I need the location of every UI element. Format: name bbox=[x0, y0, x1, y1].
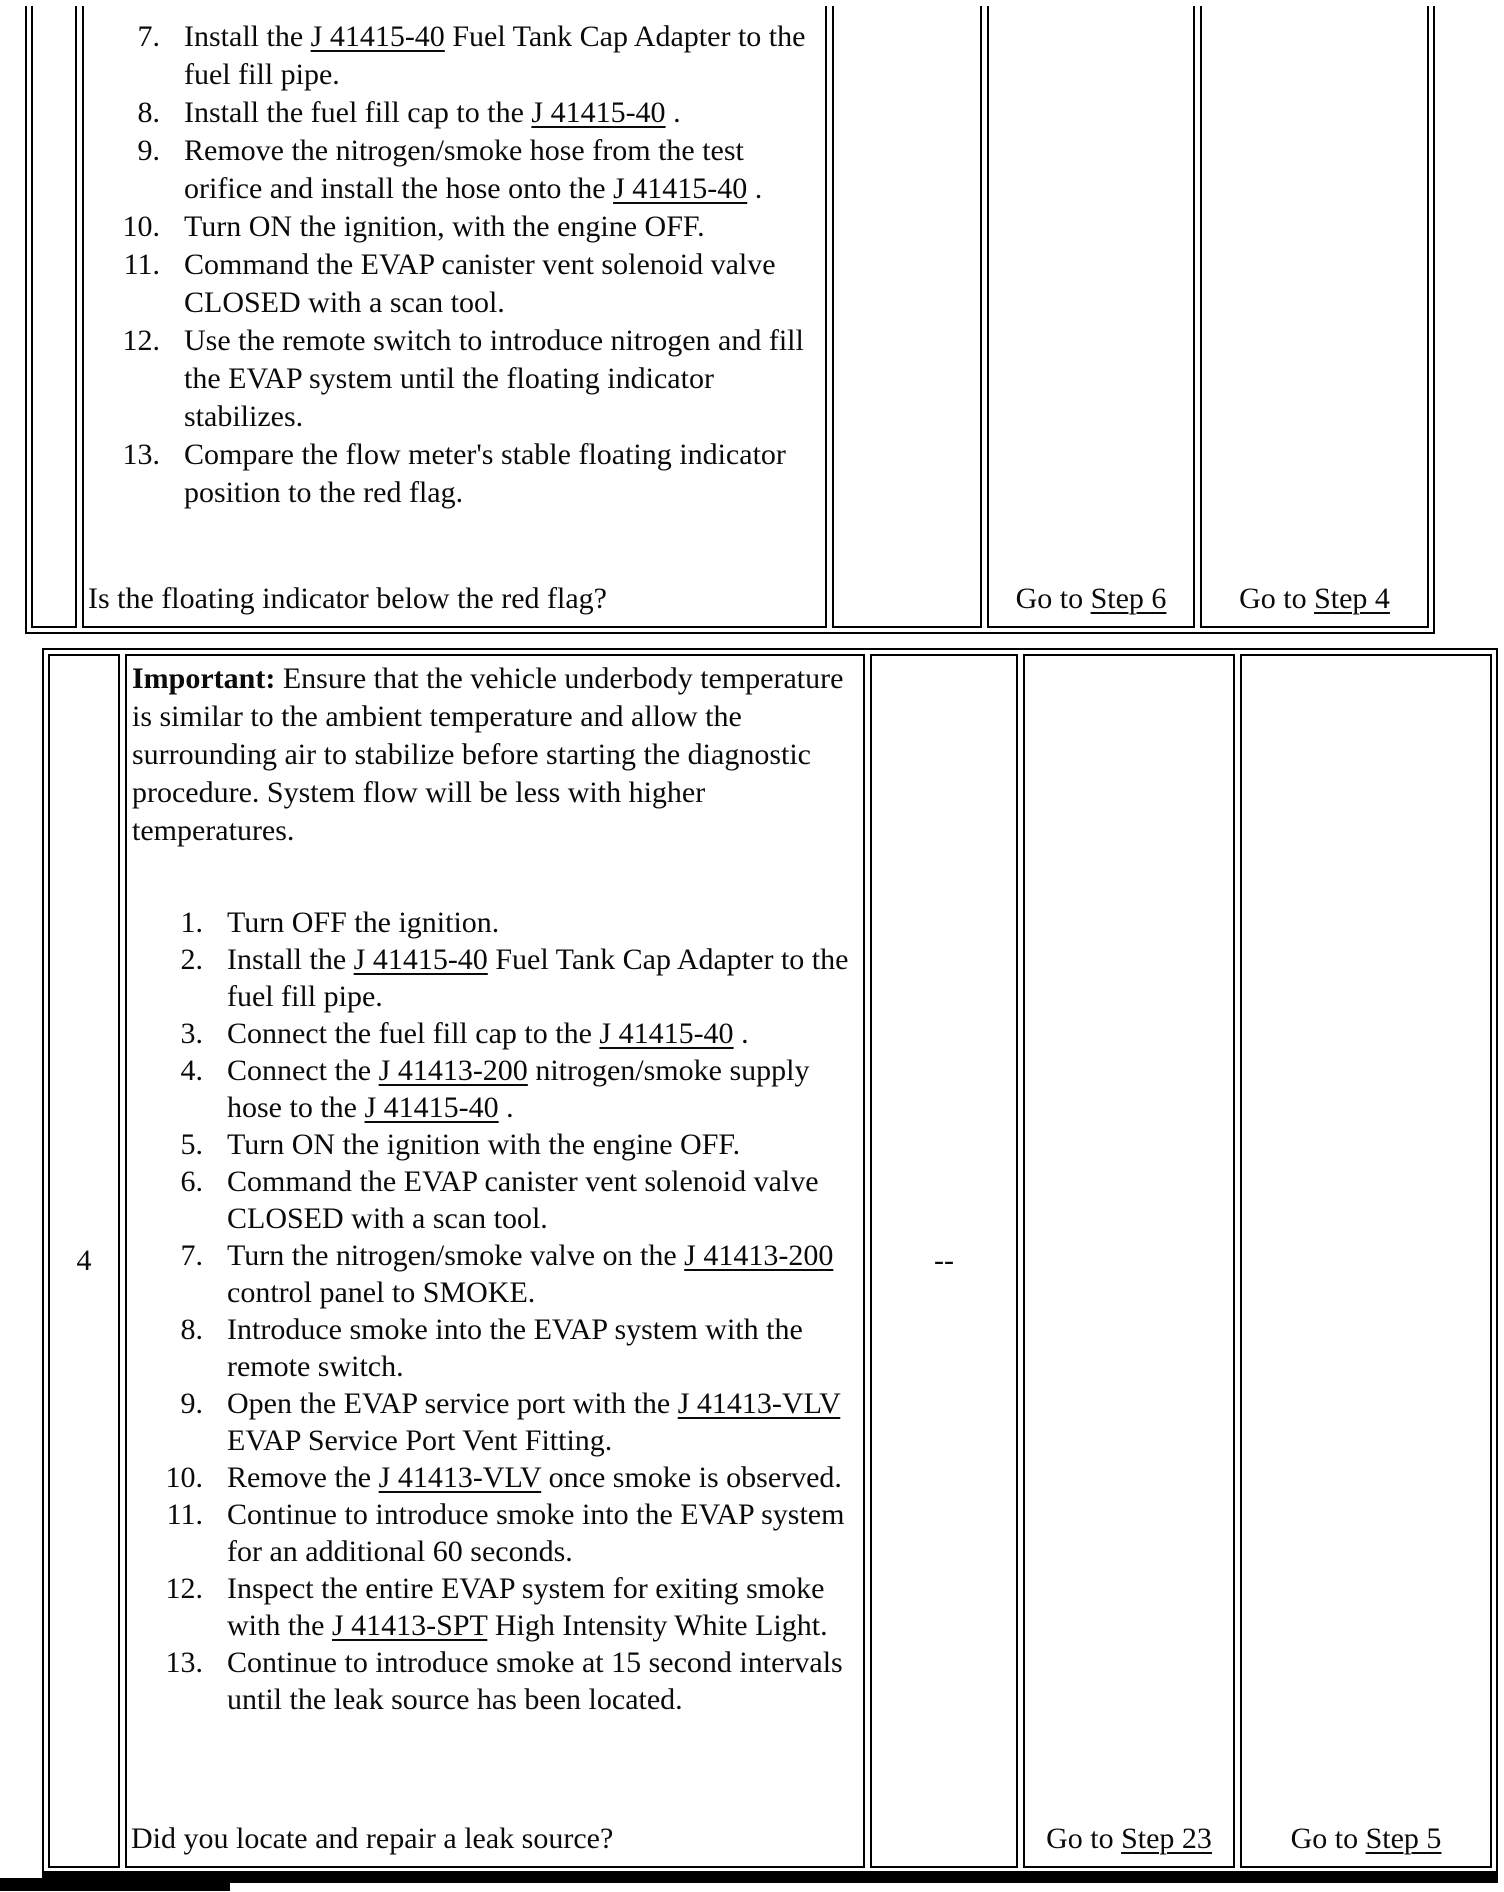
action-steps-list: 7.Install the J 41415-40 Fuel Tank Cap A… bbox=[84, 6, 825, 512]
step-link[interactable]: Step 6 bbox=[1091, 582, 1167, 615]
list-item-number: 4. bbox=[141, 1052, 203, 1126]
list-item-text: Install the J 41415-40 Fuel Tank Cap Ada… bbox=[184, 18, 819, 94]
list-item: 4.Connect the J 41413-200 nitrogen/smoke… bbox=[141, 1052, 857, 1126]
list-item: 5.Turn ON the ignition with the engine O… bbox=[141, 1126, 857, 1163]
step-link[interactable]: Step 5 bbox=[1366, 1822, 1442, 1855]
list-item-text: Continue to introduce smoke into the EVA… bbox=[227, 1496, 857, 1570]
step-number: 4 bbox=[77, 1242, 92, 1280]
list-item-text: Command the EVAP canister vent solenoid … bbox=[184, 246, 819, 322]
list-item-text: Install the J 41415-40 Fuel Tank Cap Ada… bbox=[227, 941, 857, 1015]
page-bottom-rule bbox=[42, 1871, 1498, 1883]
step-cell bbox=[31, 6, 77, 628]
list-item: 8.Install the fuel fill cap to the J 414… bbox=[98, 94, 819, 132]
list-item: 2.Install the J 41415-40 Fuel Tank Cap A… bbox=[141, 941, 857, 1015]
yes-cell: Go to Step 6 bbox=[987, 6, 1195, 628]
step-cell: 4 bbox=[48, 654, 120, 1868]
list-item: 9.Open the EVAP service port with the J … bbox=[141, 1385, 857, 1459]
list-item-text: Connect the fuel fill cap to the J 41415… bbox=[227, 1015, 857, 1052]
tool-ref-link[interactable]: J 41415-40 bbox=[613, 172, 747, 205]
list-item-number: 7. bbox=[141, 1237, 203, 1311]
page-bottom-rule-left bbox=[0, 1878, 230, 1891]
list-item: 3.Connect the fuel fill cap to the J 414… bbox=[141, 1015, 857, 1052]
list-item-text: Install the fuel fill cap to the J 41415… bbox=[184, 94, 819, 132]
list-item-number: 5. bbox=[141, 1126, 203, 1163]
tool-ref-link[interactable]: J 41415-40 bbox=[599, 1017, 733, 1050]
tool-ref-link[interactable]: J 41415-40 bbox=[354, 943, 488, 976]
list-item: 12.Use the remote switch to introduce ni… bbox=[98, 322, 819, 436]
step-link[interactable]: Step 23 bbox=[1121, 1822, 1212, 1855]
diagnostic-table-continued: 7.Install the J 41415-40 Fuel Tank Cap A… bbox=[25, 6, 1435, 634]
list-item-text: Introduce smoke into the EVAP system wit… bbox=[227, 1311, 857, 1385]
list-item-number: 13. bbox=[98, 436, 160, 512]
list-item-number: 12. bbox=[98, 322, 160, 436]
no-cell: Go to Step 5 bbox=[1240, 654, 1492, 1868]
list-item: 1.Turn OFF the ignition. bbox=[141, 904, 857, 941]
list-item-text: Continue to introduce smoke at 15 second… bbox=[227, 1644, 857, 1718]
tool-ref-link[interactable]: J 41415-40 bbox=[531, 96, 665, 129]
list-item-number: 13. bbox=[141, 1644, 203, 1718]
list-item-text: Inspect the entire EVAP system for exiti… bbox=[227, 1570, 857, 1644]
tool-ref-link[interactable]: J 41413-VLV bbox=[379, 1461, 542, 1494]
list-item-number: 3. bbox=[141, 1015, 203, 1052]
important-note: Important: Ensure that the vehicle under… bbox=[127, 656, 863, 850]
tool-ref-link[interactable]: J 41413-SPT bbox=[332, 1609, 487, 1642]
list-item: 6.Command the EVAP canister vent solenoi… bbox=[141, 1163, 857, 1237]
list-item: 10.Remove the J 41413-VLV once smoke is … bbox=[141, 1459, 857, 1496]
list-item: 11.Command the EVAP canister vent soleno… bbox=[98, 246, 819, 322]
question-text: Did you locate and repair a leak source? bbox=[127, 1820, 863, 1866]
list-item: 9.Remove the nitrogen/smoke hose from th… bbox=[98, 132, 819, 208]
tool-ref-link[interactable]: J 41413-200 bbox=[379, 1054, 528, 1087]
tool-ref-link[interactable]: J 41413-VLV bbox=[678, 1387, 841, 1420]
important-label: Important: bbox=[132, 662, 275, 695]
list-item-text: Connect the J 41413-200 nitrogen/smoke s… bbox=[227, 1052, 857, 1126]
list-item-text: Turn ON the ignition, with the engine OF… bbox=[184, 208, 819, 246]
yes-cell: Go to Step 23 bbox=[1023, 654, 1235, 1868]
list-item: 12.Inspect the entire EVAP system for ex… bbox=[141, 1570, 857, 1644]
tool-ref-link[interactable]: J 41415-40 bbox=[364, 1091, 498, 1124]
list-item-text: Turn OFF the ignition. bbox=[227, 904, 857, 941]
list-item-text: Compare the flow meter's stable floating… bbox=[184, 436, 819, 512]
list-item: 13.Compare the flow meter's stable float… bbox=[98, 436, 819, 512]
goto-yes-text: Go to Step 23 bbox=[1046, 1820, 1212, 1858]
list-item-text: Turn ON the ignition with the engine OFF… bbox=[227, 1126, 857, 1163]
action-steps-list: 1.Turn OFF the ignition.2.Install the J … bbox=[127, 892, 863, 1718]
question-text: Is the floating indicator below the red … bbox=[84, 580, 825, 626]
goto-yes-text: Go to Step 6 bbox=[1016, 580, 1167, 618]
list-item-text: Remove the nitrogen/smoke hose from the … bbox=[184, 132, 819, 208]
no-cell: Go to Step 4 bbox=[1200, 6, 1429, 628]
list-item-number: 8. bbox=[98, 94, 160, 132]
action-cell: 7.Install the J 41415-40 Fuel Tank Cap A… bbox=[82, 6, 827, 628]
list-item: 7.Turn the nitrogen/smoke valve on the J… bbox=[141, 1237, 857, 1311]
diagnostic-table-step-4: 4 Important: Ensure that the vehicle und… bbox=[42, 648, 1498, 1874]
step-link[interactable]: Step 4 bbox=[1314, 582, 1390, 615]
list-item: 8.Introduce smoke into the EVAP system w… bbox=[141, 1311, 857, 1385]
list-item-number: 9. bbox=[141, 1385, 203, 1459]
scanned-service-manual-page: { "table_top": { "action_items": [ {"num… bbox=[0, 0, 1504, 1892]
action-cell: Important: Ensure that the vehicle under… bbox=[125, 654, 865, 1868]
tool-ref-link[interactable]: J 41413-200 bbox=[684, 1239, 833, 1272]
list-item-number: 2. bbox=[141, 941, 203, 1015]
list-item-number: 8. bbox=[141, 1311, 203, 1385]
list-item: 11.Continue to introduce smoke into the … bbox=[141, 1496, 857, 1570]
goto-no-text: Go to Step 5 bbox=[1291, 1820, 1442, 1858]
list-item-number: 11. bbox=[98, 246, 160, 322]
list-item: 13.Continue to introduce smoke at 15 sec… bbox=[141, 1644, 857, 1718]
list-item-number: 11. bbox=[141, 1496, 203, 1570]
goto-no-text: Go to Step 4 bbox=[1239, 580, 1390, 618]
tool-ref-link[interactable]: J 41415-40 bbox=[311, 20, 445, 53]
list-item-text: Use the remote switch to introduce nitro… bbox=[184, 322, 819, 436]
value-cell: -- bbox=[870, 654, 1018, 1868]
list-item-text: Open the EVAP service port with the J 41… bbox=[227, 1385, 857, 1459]
list-item-number: 10. bbox=[98, 208, 160, 246]
list-item-number: 1. bbox=[141, 904, 203, 941]
list-item-text: Turn the nitrogen/smoke valve on the J 4… bbox=[227, 1237, 857, 1311]
list-item: 10.Turn ON the ignition, with the engine… bbox=[98, 208, 819, 246]
list-item-number: 12. bbox=[141, 1570, 203, 1644]
list-item-number: 6. bbox=[141, 1163, 203, 1237]
value-cell bbox=[832, 6, 982, 628]
list-item-number: 9. bbox=[98, 132, 160, 208]
value-text: -- bbox=[934, 1242, 954, 1280]
list-item: 7.Install the J 41415-40 Fuel Tank Cap A… bbox=[98, 18, 819, 94]
list-item-number: 10. bbox=[141, 1459, 203, 1496]
list-item-text: Command the EVAP canister vent solenoid … bbox=[227, 1163, 857, 1237]
list-item-text: Remove the J 41413-VLV once smoke is obs… bbox=[227, 1459, 857, 1496]
list-item-number: 7. bbox=[98, 18, 160, 94]
